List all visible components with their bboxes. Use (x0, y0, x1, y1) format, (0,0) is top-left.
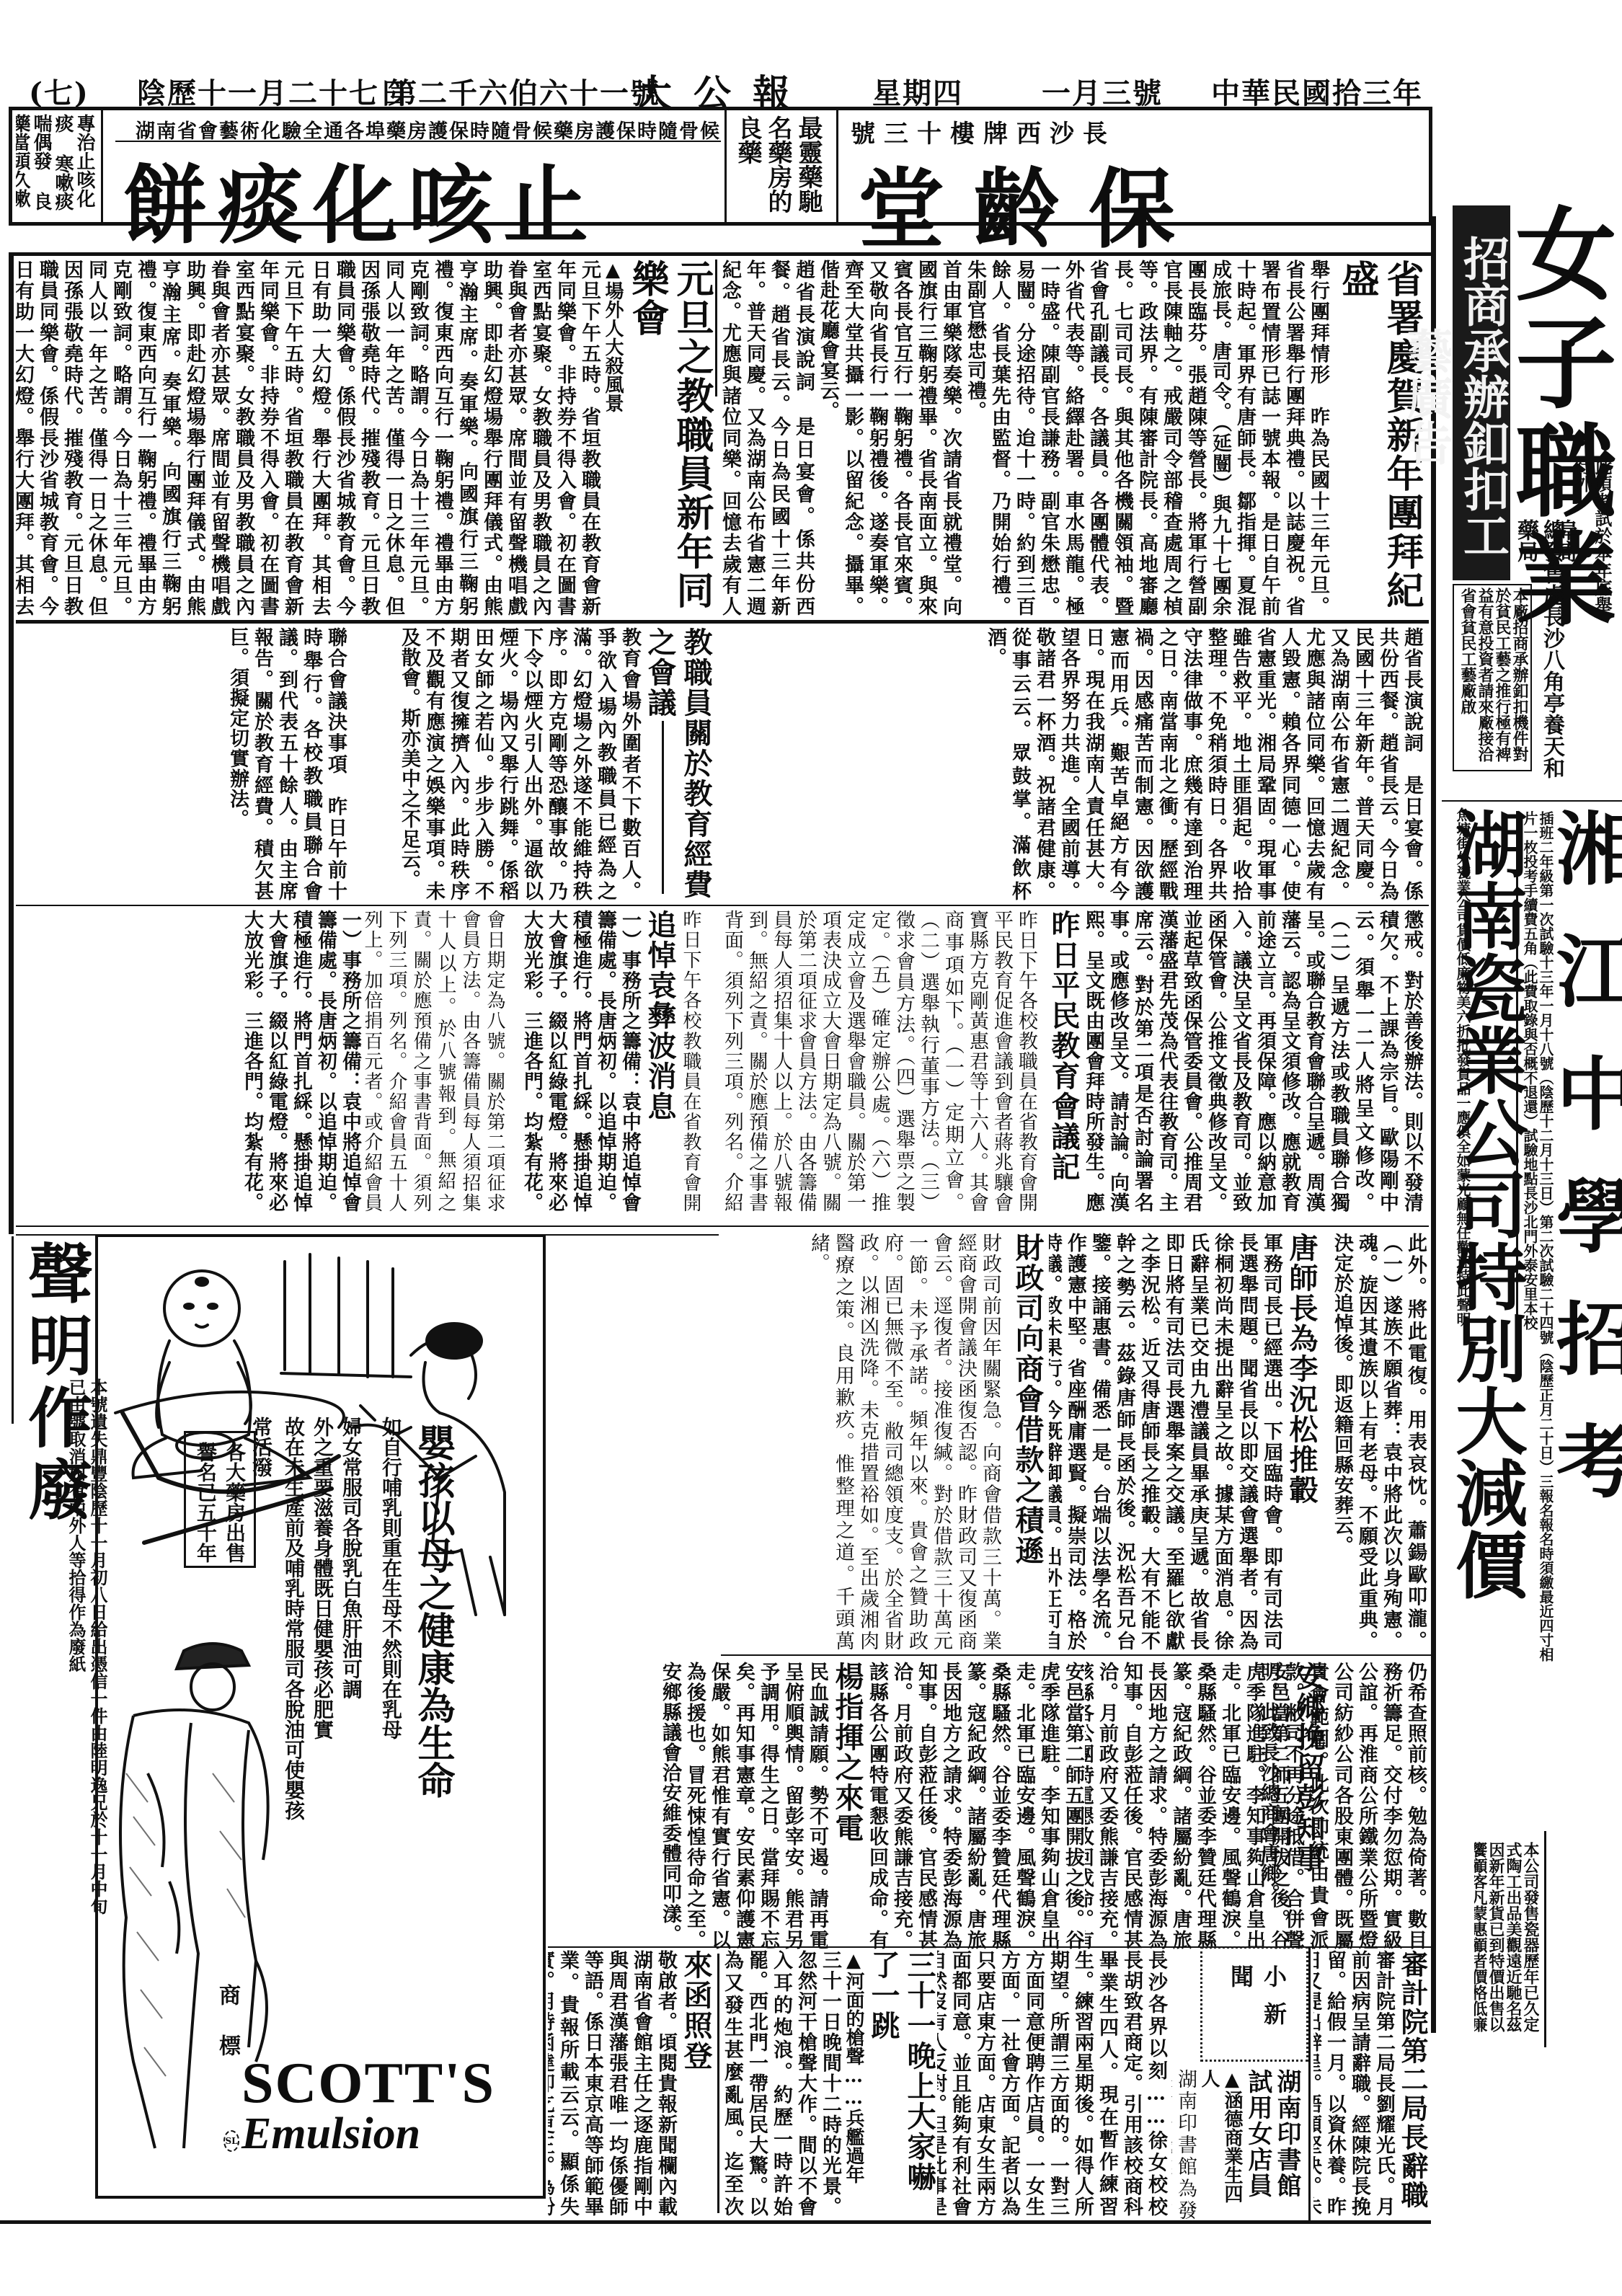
brand-name: SCOTT'S (241, 2051, 495, 2117)
section-rule (721, 1654, 1431, 1656)
article-text: 教育會場外圍者不下數百人。爭欲入場內教職員已經為之滿。幻燈場之外遂不能維持秩序。… (396, 627, 642, 901)
article-text: 趙省長演說詞 是日宴會。係共份西餐。趙省長云。今日為民國十三年新年。普天同慶。又… (984, 627, 1423, 901)
right-ad-inverted-banner: 招商承辦釦扣工藝廣告 (1453, 205, 1510, 580)
bottom-rule (0, 2220, 1431, 2224)
subhead: ▲河面的槍聲……兵艦過年 (842, 1950, 865, 2217)
section-rule (16, 620, 1429, 624)
ad-headline: 嬰孩以母之健康為生命 (400, 1424, 458, 1914)
article-text: 仍希查照前核。勉為倚著。數目務祈籌足。交付李勿愆期。實級公誼。再淮商公所鐵業公所… (1326, 1662, 1427, 1950)
divider (12, 1236, 14, 1424)
right-ad-fine-print-3: 阜寄 (1550, 519, 1582, 577)
article-text: 元旦下午五時。省垣教職員在教育會新年同樂會。非持券不得入會。初在圖書室西點宴聚。… (16, 260, 303, 616)
divider (1544, 1831, 1546, 2047)
divider (1308, 1946, 1311, 2220)
provincial-assembly-article: 趙省長演說詞 是日宴會。係共份西餐。趙省長云。今日為民國十三年新年。普天同慶。又… (721, 627, 1424, 901)
year: 中華民國拾三年 (1211, 71, 1423, 112)
new-year-ceremony-article: 省署慶賀新年團拜紀盛 舉行團拜情形 昨為民國十三年元旦。省長公署舉行團拜典禮。以… (721, 260, 1424, 616)
small-news-box-title: 小新聞 (1226, 1964, 1290, 2051)
small-news-continued: 長沙各界以刻……徐女校校長胡致君商定。引用該校商科畢業生四人。現在暫作練習生。練… (937, 1950, 1168, 2217)
weekday: 星期四 (872, 71, 963, 112)
article-text: 元旦下午五時。省垣教職員在教育會新年同樂會。非持券不得入會。初在圖書室西點宴聚。… (310, 260, 601, 616)
factory-notice-text: 本廠招商承辦釦扣機件對於貧民工藝之推行極有裨益有意投資者請來廠接洽省會貧民工藝廠… (1456, 588, 1528, 768)
lunar-date: 陰歷十一月二十七日 (137, 71, 409, 112)
headline: 昨日平民教育會議記 (1045, 910, 1081, 1213)
headline: 審計院第二局長辭職 (1396, 1950, 1429, 2217)
civil-education-article: 昨日平民教育會議記 昨日下午各校教職員在省教育會開平民教育促進會議到會者蔣兆驤會… (721, 910, 1081, 1213)
article-text: 此外。將此電復。用表哀忱。蕭鍚歐叩瀧。（一）遂族不願省葬：袁中將此次以身殉憲。魂… (1319, 1233, 1427, 1651)
pharmacy-ad-side-text: 最靈藥馳名藥房的良藥 (730, 115, 823, 220)
mourning-headline-block: 追悼袁彝波消息 一）事務所之籌備：袁中將追悼會籌備處。長唐炳初。以追悼期迫。積極… (512, 910, 678, 1213)
headline: 教職員關於教育經費之會議 (642, 627, 714, 901)
river-guns-article: 三十一晚上大家嚇了一跳 ▲河面的槍聲……兵艦過年 三十一日晚間十二時的光景。忽然… (721, 1950, 937, 2217)
article-text: 財政司前因年關緊急。向商會借款三十萬。業經商會開會議決函復否認。昨財政司又復函商… (806, 1233, 1002, 1651)
right-column-border (1431, 216, 1436, 2033)
teachers-party-article: 元旦之教職員新年同樂會 ▲場外人大殺風景 元旦下午五時。省垣教職員在教育會新年同… (310, 260, 714, 616)
exam-ad-title: 湘江中學招考 (1550, 807, 1622, 1593)
article-text: 民血誠請願。勢不可遏。請再電呈俯順輿情。留彭宰安。熊君另予調用。得生之日。當拜賜… (657, 1662, 829, 1950)
cough-ad-side-text: 專治止咳化痰 寒嗽痰喘偶發 良藥當頭久嗽元氣 (16, 114, 95, 222)
education-funding-continued: 聯合會議決事項 昨日午前十時舉行。各校教職員聯合會議。到代表五十餘人。由主席報告… (16, 627, 347, 901)
resolutions-article: 懲戒。對於善後辦法。則以不發清積欠。不上課為宗旨。歐陽剛中云。須舉一二人將呈文修… (1085, 910, 1424, 1213)
audit-resignation-article: 審計院第二局長辭職 審計院第二局長劉耀光氏。月前因病呈請辭職。經陳院長挽留。給假… (1313, 1950, 1429, 2217)
section-rule (16, 905, 1429, 906)
article-text: 一）事務所之籌備：袁中將追悼會籌備處。長唐炳初。以追悼期迫。積極進行。將門首扎綵… (519, 910, 642, 1213)
section-rule (16, 1225, 1429, 1227)
letter-article: 來函照登 敬啟者。頃閱貴報新聞欄內載湖南省會館主任之逐鹿指剛中與周君漢藩張君唯一… (548, 1950, 714, 2217)
ad-line-3: 外之重要滋養身體既日健嬰孩必肥實 (306, 1417, 335, 1921)
section-rule (9, 252, 1432, 256)
divider (717, 1954, 719, 2213)
porcelain-ad-title: 湖南瓷業公司特別大減價 (1463, 807, 1521, 1788)
headline: 楊指揮之來電 (829, 1662, 865, 1950)
article-text: 一）事務所之籌備：袁中將追悼會籌備處。長唐炳初。以追悼期迫。積極進行。將門首扎綵… (241, 910, 361, 1213)
article-text: 長沙各界以刻……徐女校校長胡致君商定。引用該校商科畢業生四人。現在暫作練習生。練… (937, 1950, 1167, 2217)
brand-mark: SL (223, 2130, 239, 2152)
porcelain-ad-left-text: 魚塘街外瓷業公司貨價低廉物美六折批發貨品一應俱全如蒙光顧無任歡迎特此聲明 (1442, 807, 1471, 1471)
article-text: 首由軍樂隊奏樂。次請省長就禮堂。向國旗行三鞠躬禮畢。省長南面立。與來賓各長官互行… (815, 260, 962, 616)
headline: 元旦之教職員新年同樂會 (624, 260, 714, 616)
mourning-continued: 一）事務所之籌備：袁中將追悼會籌備處。長唐炳初。以追悼期迫。積極進行。將門首扎綵… (16, 910, 362, 1213)
pharmacy-ad-name: 保齡堂 (858, 141, 1204, 265)
divider (101, 108, 103, 225)
article-text: 昨日下午各校教職員在省教育會開平民教育促進會議到會者蔣兆驤會寶縣方克剛黃惠君等十… (721, 910, 1038, 1213)
headline: 湖南印書館試用女店員 (1244, 2069, 1301, 2220)
telegram-article: 楊指揮之來電 民血誠請願。勢不可遏。請再電呈俯順輿情。留彭宰安。熊君另予調用。得… (548, 1662, 865, 1950)
tang-commander-article: 此外。將此電復。用表哀忱。蕭鍚歐叩瀧。（一）遂族不願省葬：袁中將此次以身殉憲。魂… (1049, 1233, 1427, 1651)
headline: 唐師長為李況松推轂 (1283, 1233, 1319, 1651)
divider (724, 108, 727, 225)
divider (662, 721, 664, 894)
headline: 來函照登 (678, 1950, 714, 2217)
article-text: 趙省長演說詞 是日宴會。係共份西餐。趙省長云。今日為民國十三年新年。普天同慶。又… (721, 260, 815, 616)
headline: 財政司向商會借款之積遜 (1009, 1233, 1045, 1651)
headline: 三十一晚上大家嚇了一跳 (865, 1950, 937, 2217)
divider (836, 108, 838, 225)
article-text: 軍務司長已經選出。下屆臨時會。即有司法司長選舉問題。聞省長以即交議會選舉者。因為… (1049, 1233, 1283, 1651)
date: 一月三號 (1042, 71, 1163, 112)
article-text: 安邑當第二師五團開拔之後。谷虎季隊進駐。李知事夠山倉皇出走。北軍已臨安邊。風聲鶴… (1085, 1662, 1290, 1950)
anxiang-continued: 安邑當第二師五團開拔之後。谷虎季隊進駐。李知事夠山倉皇出走。北軍已臨安邊。風聲鶴… (869, 1662, 1085, 1950)
finance-loan-article: 財政司向商會借款之積遜 財政司前因年關緊急。向商會借款三十萬。業經商會開會議決函… (721, 1233, 1045, 1651)
issue-number: 第二千六伯六十一號 (388, 71, 660, 112)
article-text: 湖南印書館為發展女子職業。增加營業能力起見。特和涵 (1171, 2069, 1197, 2220)
article-text: 舉行團拜情形 昨為民國十三年元旦。省長公署舉行團拜典禮。以誌慶祝。省署布置情形已… (962, 260, 1330, 616)
article-text: 敬啟者。頃閱貴報新聞欄內載湖南省會館主任之逐鹿指剛中與周君漢藩張君唯一均係優師等… (548, 1950, 678, 2217)
printing-shop-article: 湖南印書館試用女店員 ▲涵德商業生四人 湖南印書館為發展女子職業。增加營業能力起… (1171, 2069, 1301, 2220)
porcelain-notice: 本公司發售瓷器歷年已久定式陶工出品美觀遠近馳名茲因新年新貨已到特價出售以饗顧客凡… (1474, 1842, 1539, 2044)
availability-text-1: 各大藥房出售 (220, 1442, 249, 1564)
page-number: (七) (29, 71, 89, 112)
article-text: 審計院第二局長劉耀光氏。月前因病呈請辭職。經陳院長挽留。給假一月。以資休養。昨日… (1313, 1950, 1396, 2217)
article-text: 聯合會議決事項 昨日午前十時舉行。各校教職員聯合會議。到代表五十餘人。由主席報告… (226, 627, 347, 901)
subhead: ▲涵德商業生四人 (1197, 2069, 1244, 2220)
article-text: 安邑當第二師五團開拔之後。谷虎季隊進駐。李知事夠山倉皇出走。北軍已臨安邊。風聲鶴… (869, 1662, 1084, 1950)
teachers-party-continued: 元旦下午五時。省垣教職員在教育會新年同樂會。非持券不得入會。初在圖書室西點宴聚。… (16, 260, 304, 616)
ad-line-1: 如自行哺乳則重在生母不然則在乳母 (375, 1417, 404, 1921)
ad-line-2-text: 婦女常服司各脫乳白魚肝油可調 (340, 1417, 363, 1699)
divider (715, 260, 717, 396)
cough-ad-product-name: 止咳化痰餅 (123, 137, 598, 260)
anxiang-article: 仍希查照前核。勉為倚著。數目務祈籌足。交付李勿愆期。實級公誼。再淮商公所鐵業公所… (1085, 1662, 1427, 1950)
section-rule (1442, 800, 1622, 802)
headline: 追悼袁彝波消息 (642, 910, 678, 1213)
availability-text-2: 譽名已五十年 (191, 1442, 220, 1564)
pharmacy-side-1: 最靈藥 (794, 115, 823, 189)
subhead: ▲場外人大殺風景 (601, 260, 624, 616)
left-border (9, 254, 14, 1234)
article-text: 三十一日晚間十二時的光景。忽然河干槍聲大作。間以不會入耳的炮浪。約歷一時許始罷。… (721, 1950, 842, 2217)
trademark-label: 商標 (211, 1984, 243, 2106)
education-funding-article: 教職員關於教育經費之會議 教育會場外圍者不下數百人。爭欲入場內教職員已經為之滿。… (353, 627, 714, 901)
article-text: 懲戒。對於善後辦法。則以不發清積欠。不上課為宗旨。歐陽剛中云。須舉一二人將呈文修… (1085, 910, 1423, 1213)
brand-subtitle: Emulsion (241, 2109, 420, 2160)
